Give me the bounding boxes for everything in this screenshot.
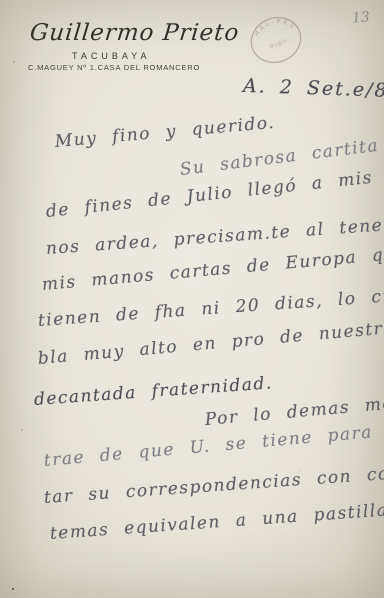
letterhead-house-name: CASA DEL ROMANCERO — [98, 63, 200, 72]
svg-text:BIBL: BIBL — [268, 35, 292, 51]
postal-stamp-icon: HAL-PES BIBL — [245, 12, 307, 68]
letterhead-city: TACUBAYA — [72, 51, 151, 61]
letterhead-address: C.MAGUEY Nº 1. CASA DEL ROMANCERO — [28, 63, 200, 72]
letterhead-name: Guillermo Prieto — [29, 20, 241, 46]
handwritten-line: temas equivalen a una pastillas — [49, 500, 384, 544]
letterhead-street: C.MAGUEY Nº 1. — [28, 63, 98, 72]
folio-number: 13 — [351, 9, 370, 26]
handwritten-line: Muy fino y querido. — [54, 113, 276, 152]
handwritten-line: decantada fraternidad. — [33, 373, 273, 410]
handwritten-line: tar su correspondencias con comodi- — [43, 460, 384, 508]
letter-page: Guillermo Prieto TACUBAYA C.MAGUEY Nº 1.… — [0, 0, 384, 598]
stamp-arc-text-bottom: BIBL — [268, 35, 292, 51]
date-line: A. 2 Set.e/870. — [243, 75, 384, 103]
